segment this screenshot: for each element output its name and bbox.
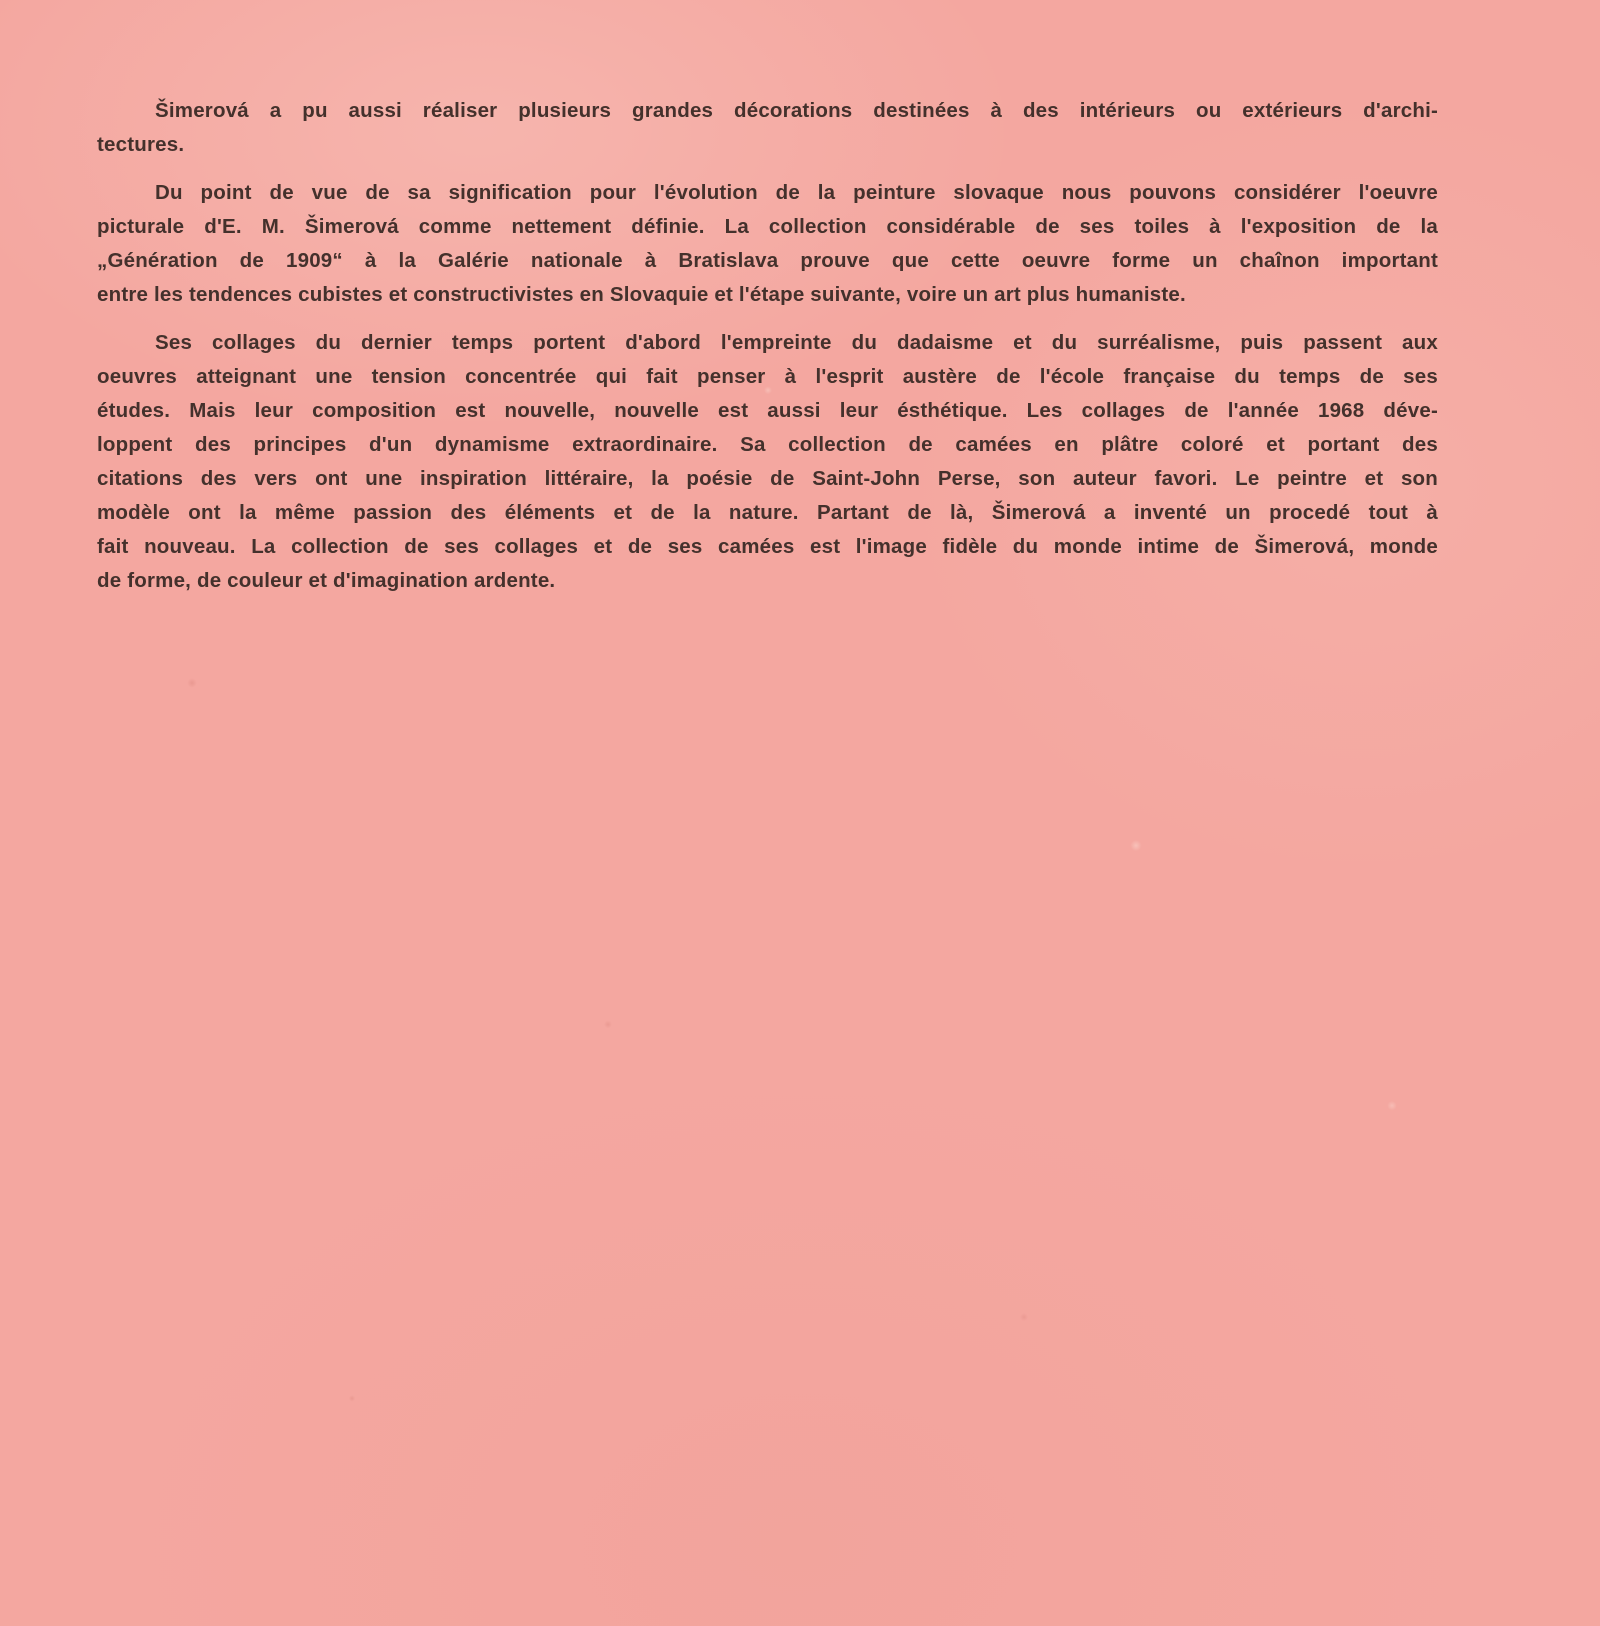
text-line: „Génération de 1909“ à la Galérie nation… <box>97 244 1438 278</box>
text-line: entre les tendences cubistes et construc… <box>97 278 1438 312</box>
text-line: oeuvres atteignant une tension concentré… <box>97 360 1438 394</box>
text-line: fait nouveau. La collection de ses colla… <box>97 530 1438 564</box>
text-line: citations des vers ont une inspiration l… <box>97 462 1438 496</box>
text-line: modèle ont la même passion des éléments … <box>97 496 1438 530</box>
text-line: picturale d'E. M. Šimerová comme netteme… <box>97 210 1438 244</box>
text-line: études. Mais leur composition est nouvel… <box>97 394 1438 428</box>
paragraph: Ses collages du dernier temps portent d'… <box>97 326 1438 598</box>
text-line: Du point de vue de sa signification pour… <box>97 176 1438 210</box>
paragraph: Šimerová a pu aussi réaliser plusieurs g… <box>97 94 1438 162</box>
text-block: Šimerová a pu aussi réaliser plusieurs g… <box>97 94 1438 612</box>
text-line: Ses collages du dernier temps portent d'… <box>97 326 1438 360</box>
text-line: loppent des principes d'un dynamisme ext… <box>97 428 1438 462</box>
text-line: de forme, de couleur et d'imagination ar… <box>97 564 1438 598</box>
text-line: Šimerová a pu aussi réaliser plusieurs g… <box>97 94 1438 128</box>
paragraph: Du point de vue de sa signification pour… <box>97 176 1438 312</box>
text-line: tectures. <box>97 128 1438 162</box>
